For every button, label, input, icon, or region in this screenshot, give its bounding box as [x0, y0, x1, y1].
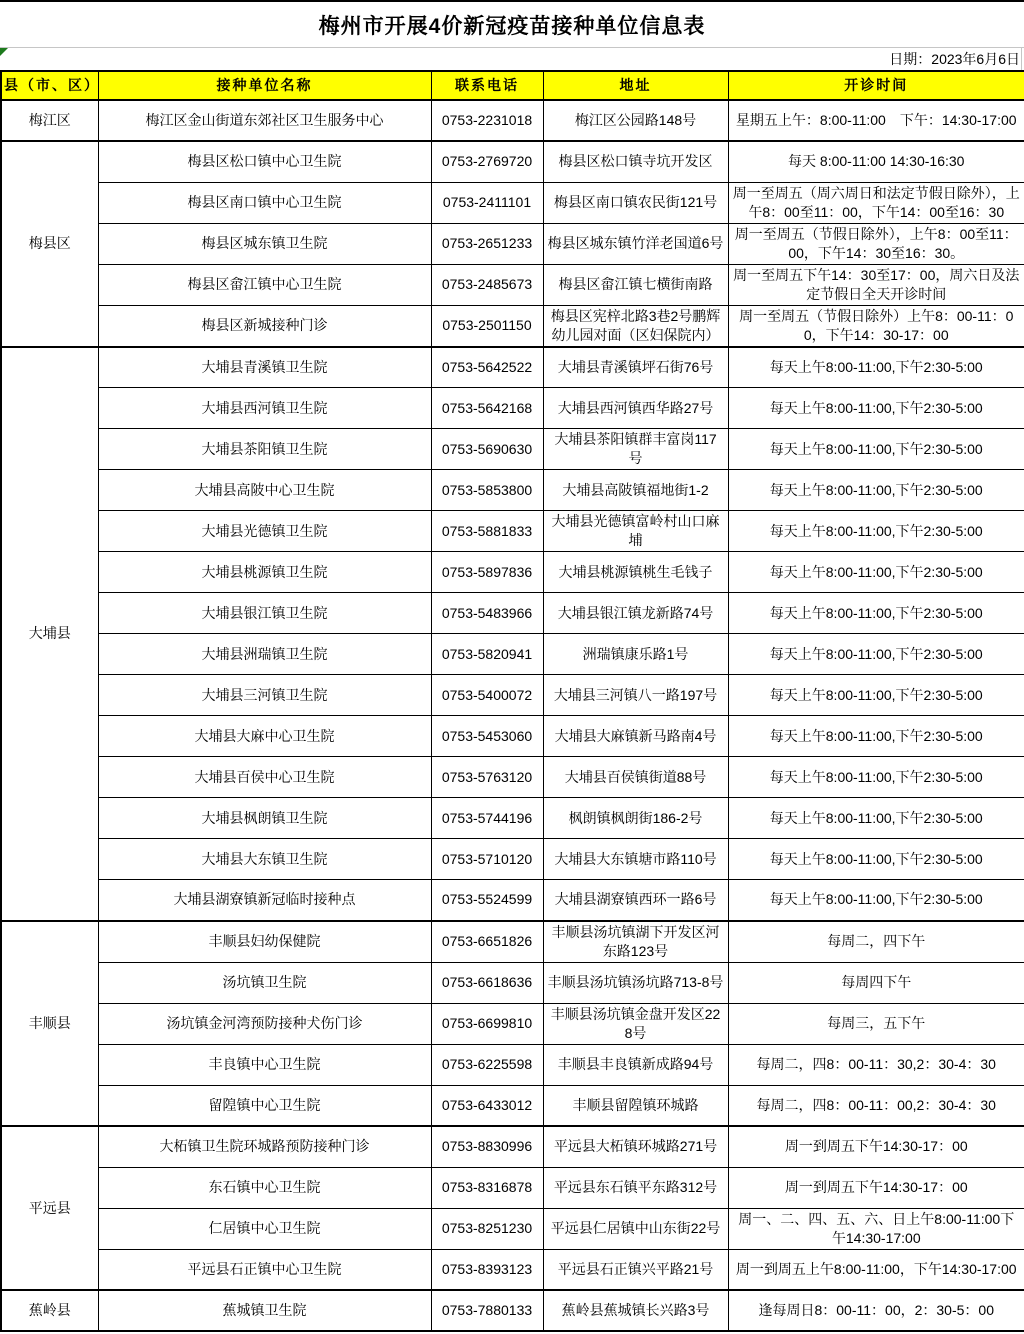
table-row: 蕉岭县 蕉城镇卫生院 0753-7880133 蕉岭县蕉城镇长兴路3号 逢每周日…: [1, 1290, 1024, 1331]
unit-name-cell: 大埔县洲瑞镇卫生院: [98, 634, 431, 675]
unit-name-cell: 汤坑镇卫生院: [98, 962, 431, 1003]
unit-name-cell: 梅县区新城接种门诊: [98, 305, 431, 347]
table-row: 大埔县大东镇卫生院 0753-5710120 大埔县大东镇塘市路110号 每天上…: [1, 839, 1024, 880]
address-cell: 大埔县青溪镇坪石街76号: [543, 347, 728, 388]
phone-cell: 0753-8393123: [431, 1249, 543, 1290]
table-row: 大埔县 大埔县青溪镇卫生院 0753-5642522 大埔县青溪镇坪石街76号 …: [1, 347, 1024, 388]
county-cell: 大埔县: [1, 347, 98, 921]
hours-cell: 每天上午8:00-11:00,下午2:30-5:00: [728, 634, 1024, 675]
address-cell: 蕉岭县蕉城镇长兴路3号: [543, 1290, 728, 1331]
phone-cell: 0753-2769720: [431, 141, 543, 182]
date-row: 日期：2023年6月6日: [0, 47, 1024, 70]
phone-cell: 0753-5744196: [431, 798, 543, 839]
table-row: 大埔县桃源镇卫生院 0753-5897836 大埔县桃源镇桃生毛钱子 每天上午8…: [1, 552, 1024, 593]
unit-name-cell: 仁居镇中心卫生院: [98, 1208, 431, 1249]
header-county: 县（市、区）: [1, 71, 98, 100]
unit-name-cell: 东石镇中心卫生院: [98, 1167, 431, 1208]
address-cell: 丰顺县汤坑镇湖下开发区河东路123号: [543, 921, 728, 963]
hours-cell: 每周二，四下午: [728, 921, 1024, 963]
phone-cell: 0753-6618636: [431, 962, 543, 1003]
phone-cell: 0753-5690630: [431, 429, 543, 470]
unit-name-cell: 梅江区金山街道东郊社区卫生服务中心: [98, 100, 431, 141]
address-cell: 大埔县西河镇西华路27号: [543, 388, 728, 429]
phone-cell: 0753-7880133: [431, 1290, 543, 1331]
address-cell: 大埔县三河镇八一路197号: [543, 675, 728, 716]
address-cell: 丰顺县留隍镇环城路: [543, 1085, 728, 1126]
hours-cell: 每天 8:00-11:00 14:30-16:30: [728, 141, 1024, 182]
hours-cell: 每天上午8:00-11:00,下午2:30-5:00: [728, 388, 1024, 429]
address-cell: 大埔县茶阳镇群丰富岗117号: [543, 429, 728, 470]
table-row: 梅县区畲江镇中心卫生院 0753-2485673 梅县区畲江镇七横街南路 周一至…: [1, 264, 1024, 305]
hours-cell: 周一至周五（节假日除外）上午8：00-11：00，下午14：30-17：00: [728, 305, 1024, 347]
unit-name-cell: 大埔县大东镇卫生院: [98, 839, 431, 880]
header-hours: 开诊时间: [728, 71, 1024, 100]
address-cell: 枫朗镇枫朗街186-2号: [543, 798, 728, 839]
address-cell: 大埔县百侯镇街道88号: [543, 757, 728, 798]
unit-name-cell: 平远县石正镇中心卫生院: [98, 1249, 431, 1290]
unit-name-cell: 梅县区城东镇卫生院: [98, 223, 431, 264]
hours-cell: 每天上午8:00-11:00,下午2:30-5:00: [728, 757, 1024, 798]
hours-cell: 每周四下午: [728, 962, 1024, 1003]
unit-name-cell: 大埔县西河镇卫生院: [98, 388, 431, 429]
address-cell: 大埔县银江镇龙新路74号: [543, 593, 728, 634]
address-cell: 梅县区松口镇寺坑开发区: [543, 141, 728, 182]
header-phone: 联系电话: [431, 71, 543, 100]
table-row: 丰顺县 丰顺县妇幼保健院 0753-6651826 丰顺县汤坑镇湖下开发区河东路…: [1, 921, 1024, 963]
hours-cell: 每天上午8:00-11:00,下午2:30-5:00: [728, 593, 1024, 634]
table-row: 梅县区 梅县区松口镇中心卫生院 0753-2769720 梅县区松口镇寺坑开发区…: [1, 141, 1024, 182]
phone-cell: 0753-5453060: [431, 716, 543, 757]
page-title: 梅州市开展4价新冠疫苗接种单位信息表: [0, 2, 1024, 47]
address-cell: 平远县石正镇兴平路21号: [543, 1249, 728, 1290]
phone-cell: 0753-5642522: [431, 347, 543, 388]
address-cell: 梅江区公园路148号: [543, 100, 728, 141]
address-cell: 梅县区南口镇农民街121号: [543, 182, 728, 223]
unit-name-cell: 大柘镇卫生院环城路预防接种门诊: [98, 1126, 431, 1167]
phone-cell: 0753-5763120: [431, 757, 543, 798]
table-row: 汤坑镇金河湾预防接种犬伤门诊 0753-6699810 丰顺县汤坑镇金盘开发区2…: [1, 1003, 1024, 1044]
hours-cell: 每天上午8:00-11:00,下午2:30-5:00: [728, 552, 1024, 593]
unit-name-cell: 大埔县高陂中心卫生院: [98, 470, 431, 511]
table-row: 留隍镇中心卫生院 0753-6433012 丰顺县留隍镇环城路 每周二，四8：0…: [1, 1085, 1024, 1126]
header-unit-name: 接种单位名称: [98, 71, 431, 100]
phone-cell: 0753-6699810: [431, 1003, 543, 1044]
hours-cell: 周一到周五上午8:00-11:00，下午14:30-17:00: [728, 1249, 1024, 1290]
green-corner-marker-icon: [0, 48, 8, 56]
address-cell: 梅县区城东镇竹洋老国道6号: [543, 223, 728, 264]
phone-cell: 0753-5483966: [431, 593, 543, 634]
table-row: 大埔县高陂中心卫生院 0753-5853800 大埔县高陂镇福地街1-2 每天上…: [1, 470, 1024, 511]
table-row: 丰良镇中心卫生院 0753-6225598 丰顺县丰良镇新成路94号 每周二，四…: [1, 1044, 1024, 1085]
unit-name-cell: 梅县区畲江镇中心卫生院: [98, 264, 431, 305]
phone-cell: 0753-6433012: [431, 1085, 543, 1126]
table-row: 大埔县光德镇卫生院 0753-5881833 大埔县光德镇富岭村山口麻埔 每天上…: [1, 511, 1024, 552]
date-label: 日期：2023年6月6日: [889, 49, 1020, 69]
phone-cell: 0753-8316878: [431, 1167, 543, 1208]
county-cell: 梅县区: [1, 141, 98, 347]
hours-cell: 每周二，四8：00-11：30,2：30-4：30: [728, 1044, 1024, 1085]
address-cell: 大埔县桃源镇桃生毛钱子: [543, 552, 728, 593]
hours-cell: 每周二，四8：00-11：00,2：30-4：30: [728, 1085, 1024, 1126]
phone-cell: 0753-5881833: [431, 511, 543, 552]
address-cell: 洲瑞镇康乐路1号: [543, 634, 728, 675]
address-cell: 平远县东石镇平东路312号: [543, 1167, 728, 1208]
unit-name-cell: 大埔县光德镇卫生院: [98, 511, 431, 552]
hours-cell: 周一到周五下午14:30-17：00: [728, 1167, 1024, 1208]
address-cell: 平远县仁居镇中山东街22号: [543, 1208, 728, 1249]
phone-cell: 0753-5710120: [431, 839, 543, 880]
table-row: 梅江区 梅江区金山街道东郊社区卫生服务中心 0753-2231018 梅江区公园…: [1, 100, 1024, 141]
unit-name-cell: 梅县区松口镇中心卫生院: [98, 141, 431, 182]
hours-cell: 星期五上午：8:00-11:00 下午：14:30-17:00: [728, 100, 1024, 141]
hours-cell: 每周三，五下午: [728, 1003, 1024, 1044]
address-cell: 大埔县高陂镇福地街1-2: [543, 470, 728, 511]
county-cell: 蕉岭县: [1, 1290, 98, 1331]
address-cell: 丰顺县丰良镇新成路94号: [543, 1044, 728, 1085]
hours-cell: 周一至周五下午14：30至17：00，周六日及法定节假日全天开诊时间: [728, 264, 1024, 305]
spreadsheet-page: 梅州市开展4价新冠疫苗接种单位信息表 日期：2023年6月6日 县（市、区） 接…: [0, 0, 1024, 1334]
phone-cell: 0753-2501150: [431, 305, 543, 347]
hours-cell: 每天上午8:00-11:00,下午2:30-5:00: [728, 429, 1024, 470]
table-row: 东石镇中心卫生院 0753-8316878 平远县东石镇平东路312号 周一到周…: [1, 1167, 1024, 1208]
table-row: 大埔县湖寮镇新冠临时接种点 0753-5524599 大埔县湖寮镇西环一路6号 …: [1, 880, 1024, 921]
header-address: 地址: [543, 71, 728, 100]
phone-cell: 0753-5897836: [431, 552, 543, 593]
table-row: 平远县 大柘镇卫生院环城路预防接种门诊 0753-8830996 平远县大柘镇环…: [1, 1126, 1024, 1167]
table-row: 大埔县枫朗镇卫生院 0753-5744196 枫朗镇枫朗街186-2号 每天上午…: [1, 798, 1024, 839]
table-row: 梅县区城东镇卫生院 0753-2651233 梅县区城东镇竹洋老国道6号 周一至…: [1, 223, 1024, 264]
unit-name-cell: 大埔县大麻中心卫生院: [98, 716, 431, 757]
table-row: 大埔县银江镇卫生院 0753-5483966 大埔县银江镇龙新路74号 每天上午…: [1, 593, 1024, 634]
phone-cell: 0753-2485673: [431, 264, 543, 305]
table-row: 汤坑镇卫生院 0753-6618636 丰顺县汤坑镇汤坑路713-8号 每周四下…: [1, 962, 1024, 1003]
county-cell: 梅江区: [1, 100, 98, 141]
table-row: 梅县区新城接种门诊 0753-2501150 梅县区宪梓北路3巷2号鹏辉幼儿园对…: [1, 305, 1024, 347]
hours-cell: 每天上午8:00-11:00,下午2:30-5:00: [728, 511, 1024, 552]
hours-cell: 周一、二、四、五、六、日上午8:00-11:00下午14:30-17:00: [728, 1208, 1024, 1249]
address-cell: 大埔县大东镇塘市路110号: [543, 839, 728, 880]
hours-cell: 周一至周五（节假日除外），上午8：00至11：00，下午14：30至16：30。: [728, 223, 1024, 264]
unit-name-cell: 大埔县桃源镇卫生院: [98, 552, 431, 593]
hours-cell: 每天上午8:00-11:00,下午2:30-5:00: [728, 470, 1024, 511]
unit-name-cell: 蕉城镇卫生院: [98, 1290, 431, 1331]
unit-name-cell: 大埔县茶阳镇卫生院: [98, 429, 431, 470]
address-cell: 大埔县大麻镇新马路南4号: [543, 716, 728, 757]
phone-cell: 0753-2651233: [431, 223, 543, 264]
county-cell: 平远县: [1, 1126, 98, 1290]
phone-cell: 0753-6651826: [431, 921, 543, 963]
phone-cell: 0753-6225598: [431, 1044, 543, 1085]
table-row: 大埔县茶阳镇卫生院 0753-5690630 大埔县茶阳镇群丰富岗117号 每天…: [1, 429, 1024, 470]
unit-name-cell: 大埔县青溪镇卫生院: [98, 347, 431, 388]
vaccination-units-table: 县（市、区） 接种单位名称 联系电话 地址 开诊时间 梅江区 梅江区金山街道东郊…: [0, 70, 1024, 1332]
county-cell: 丰顺县: [1, 921, 98, 1127]
address-cell: 平远县大柘镇环城路271号: [543, 1126, 728, 1167]
unit-name-cell: 留隍镇中心卫生院: [98, 1085, 431, 1126]
phone-cell: 0753-5820941: [431, 634, 543, 675]
hours-cell: 周一至周五（周六周日和法定节假日除外），上午8：00至11：00，下午14：00…: [728, 182, 1024, 223]
table-row: 大埔县百侯中心卫生院 0753-5763120 大埔县百侯镇街道88号 每天上午…: [1, 757, 1024, 798]
phone-cell: 0753-5400072: [431, 675, 543, 716]
address-cell: 大埔县光德镇富岭村山口麻埔: [543, 511, 728, 552]
unit-name-cell: 大埔县百侯中心卫生院: [98, 757, 431, 798]
unit-name-cell: 汤坑镇金河湾预防接种犬伤门诊: [98, 1003, 431, 1044]
hours-cell: 每天上午8:00-11:00,下午2:30-5:00: [728, 347, 1024, 388]
phone-cell: 0753-5524599: [431, 880, 543, 921]
table-row: 梅县区南口镇中心卫生院 0753-2411101 梅县区南口镇农民街121号 周…: [1, 182, 1024, 223]
table-row: 平远县石正镇中心卫生院 0753-8393123 平远县石正镇兴平路21号 周一…: [1, 1249, 1024, 1290]
table-row: 仁居镇中心卫生院 0753-8251230 平远县仁居镇中山东街22号 周一、二…: [1, 1208, 1024, 1249]
phone-cell: 0753-8251230: [431, 1208, 543, 1249]
hours-cell: 周一到周五下午14:30-17：00: [728, 1126, 1024, 1167]
phone-cell: 0753-5853800: [431, 470, 543, 511]
hours-cell: 每天上午8:00-11:00,下午2:30-5:00: [728, 675, 1024, 716]
unit-name-cell: 丰顺县妇幼保健院: [98, 921, 431, 963]
hours-cell: 每天上午8:00-11:00,下午2:30-5:00: [728, 716, 1024, 757]
unit-name-cell: 大埔县三河镇卫生院: [98, 675, 431, 716]
hours-cell: 每天上午8:00-11:00,下午2:30-5:00: [728, 839, 1024, 880]
table-row: 大埔县洲瑞镇卫生院 0753-5820941 洲瑞镇康乐路1号 每天上午8:00…: [1, 634, 1024, 675]
address-cell: 梅县区畲江镇七横街南路: [543, 264, 728, 305]
hours-cell: 每天上午8:00-11:00,下午2:30-5:00: [728, 798, 1024, 839]
table-row: 大埔县三河镇卫生院 0753-5400072 大埔县三河镇八一路197号 每天上…: [1, 675, 1024, 716]
phone-cell: 0753-8830996: [431, 1126, 543, 1167]
unit-name-cell: 丰良镇中心卫生院: [98, 1044, 431, 1085]
header-row: 县（市、区） 接种单位名称 联系电话 地址 开诊时间: [1, 71, 1024, 100]
table-row: 大埔县大麻中心卫生院 0753-5453060 大埔县大麻镇新马路南4号 每天上…: [1, 716, 1024, 757]
unit-name-cell: 大埔县银江镇卫生院: [98, 593, 431, 634]
address-cell: 梅县区宪梓北路3巷2号鹏辉幼儿园对面（区妇保院内）: [543, 305, 728, 347]
unit-name-cell: 梅县区南口镇中心卫生院: [98, 182, 431, 223]
hours-cell: 每天上午8:00-11:00,下午2:30-5:00: [728, 880, 1024, 921]
hours-cell: 逢每周日8：00-11：00，2：30-5：00: [728, 1290, 1024, 1331]
unit-name-cell: 大埔县枫朗镇卫生院: [98, 798, 431, 839]
phone-cell: 0753-2231018: [431, 100, 543, 141]
address-cell: 丰顺县汤坑镇汤坑路713-8号: [543, 962, 728, 1003]
phone-cell: 0753-5642168: [431, 388, 543, 429]
unit-name-cell: 大埔县湖寮镇新冠临时接种点: [98, 880, 431, 921]
gridline: [1021, 48, 1022, 70]
address-cell: 大埔县湖寮镇西环一路6号: [543, 880, 728, 921]
table-row: 大埔县西河镇卫生院 0753-5642168 大埔县西河镇西华路27号 每天上午…: [1, 388, 1024, 429]
phone-cell: 0753-2411101: [431, 182, 543, 223]
address-cell: 丰顺县汤坑镇金盘开发区228号: [543, 1003, 728, 1044]
